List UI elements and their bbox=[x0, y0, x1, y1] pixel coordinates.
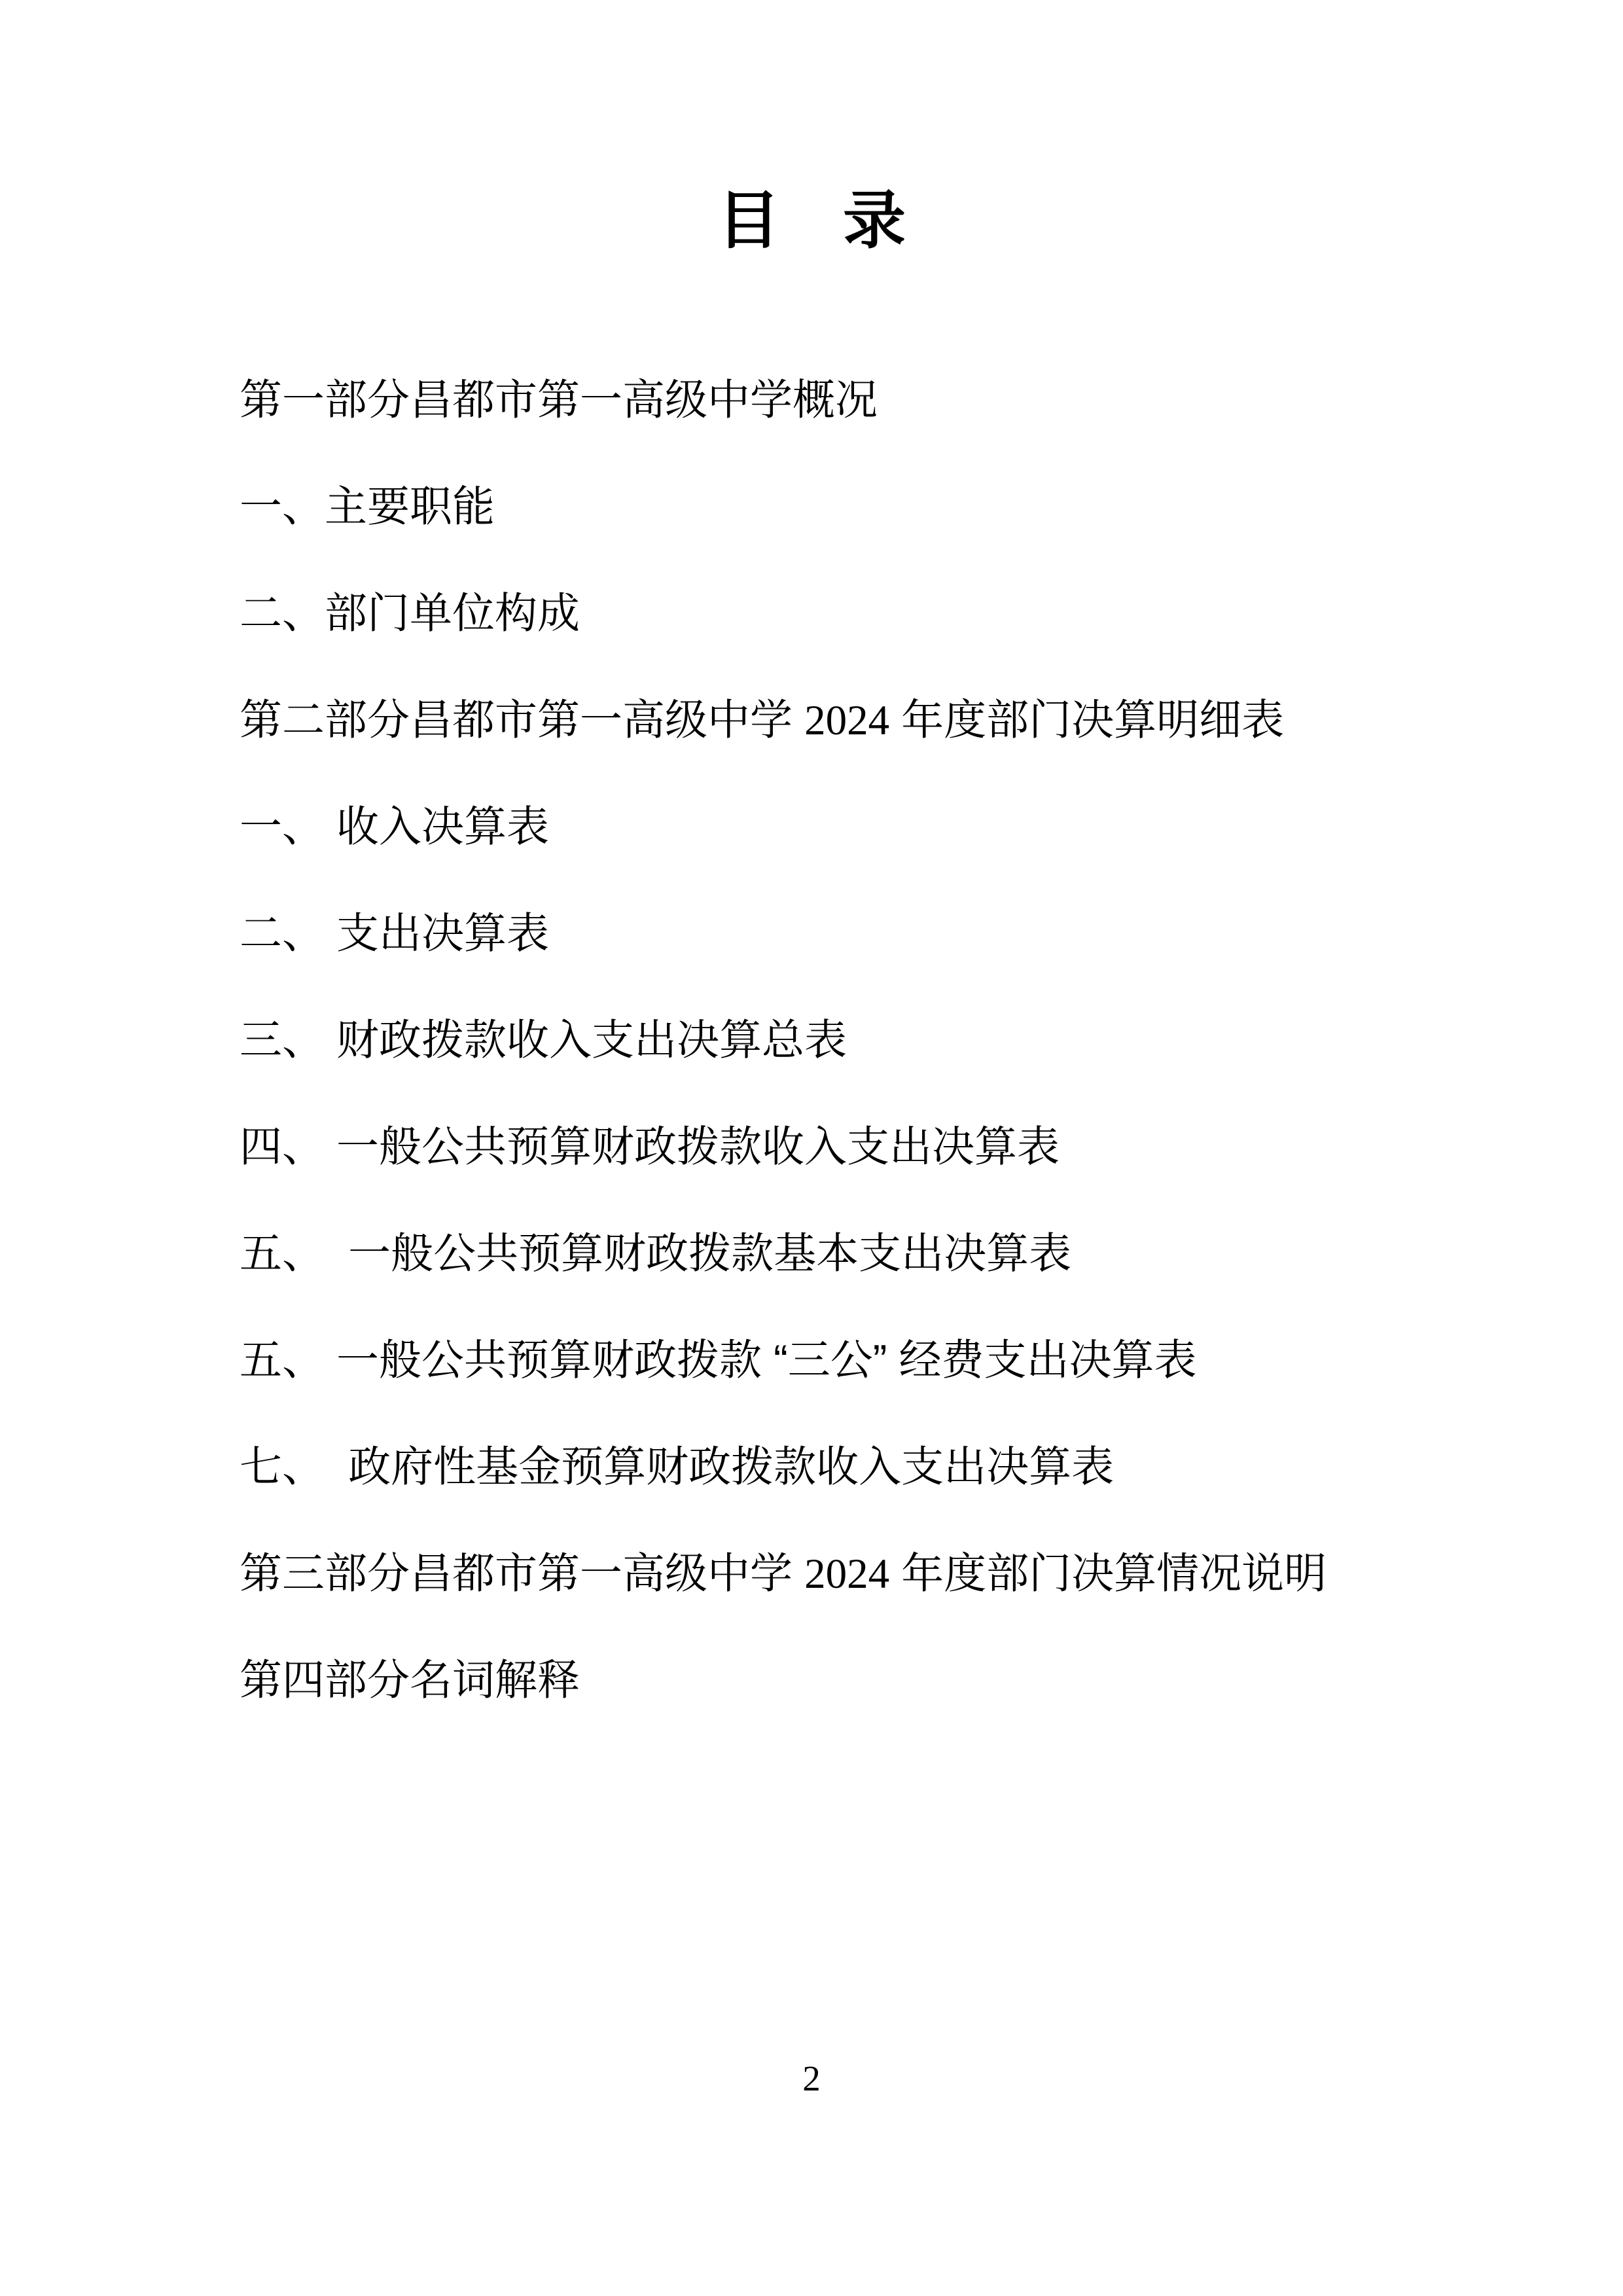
document-page: 目 录 第一部分昌都市第一高级中学概况 一、主要职能 二、部门单位构成 第二部分… bbox=[0, 0, 1623, 2296]
toc-item-year: 2024 bbox=[804, 697, 889, 744]
toc-list: 第一部分昌都市第一高级中学概况 一、主要职能 二、部门单位构成 第二部分昌都市第… bbox=[240, 346, 1411, 1733]
page-title: 目 录 bbox=[0, 190, 1623, 253]
toc-item-main-functions: 一、主要职能 bbox=[240, 453, 1411, 560]
page-number: 2 bbox=[0, 2060, 1623, 2096]
toc-item-text: 年度部门决算明细表 bbox=[889, 696, 1284, 744]
toc-item-text: 第二部分昌都市第一高级中学 bbox=[240, 696, 804, 744]
toc-item-expenditure-table: 二、 支出决算表 bbox=[240, 880, 1411, 986]
toc-item-general-budget-table: 四、 一般公共预算财政拨款收入支出决算表 bbox=[240, 1093, 1411, 1200]
toc-item-basic-expenditure-table: 五、 一般公共预算财政拨款基本支出决算表 bbox=[240, 1200, 1411, 1306]
toc-item-part4: 第四部分名词解释 bbox=[240, 1626, 1411, 1733]
toc-item-text: 第三部分昌都市第一高级中学 bbox=[240, 1549, 804, 1597]
toc-item-part3: 第三部分昌都市第一高级中学 2024 年度部门决算情况说明 bbox=[240, 1520, 1411, 1626]
toc-item-department-composition: 二、部门单位构成 bbox=[240, 560, 1411, 666]
toc-item-part2: 第二部分昌都市第一高级中学 2024 年度部门决算明细表 bbox=[240, 666, 1411, 773]
toc-item-year: 2024 bbox=[804, 1551, 889, 1598]
toc-item-government-fund-table: 七、 政府性基金预算财政拨款收入支出决算表 bbox=[240, 1413, 1411, 1520]
toc-item-three-public-funds-table: 五、 一般公共预算财政拨款 “三公” 经费支出决算表 bbox=[240, 1306, 1411, 1413]
toc-item-income-table: 一、 收入决算表 bbox=[240, 773, 1411, 880]
toc-item-text: 年度部门决算情况说明 bbox=[889, 1549, 1327, 1597]
toc-item-part1: 第一部分昌都市第一高级中学概况 bbox=[240, 346, 1411, 453]
toc-item-fiscal-total-table: 三、 财政拨款收入支出决算总表 bbox=[240, 986, 1411, 1093]
